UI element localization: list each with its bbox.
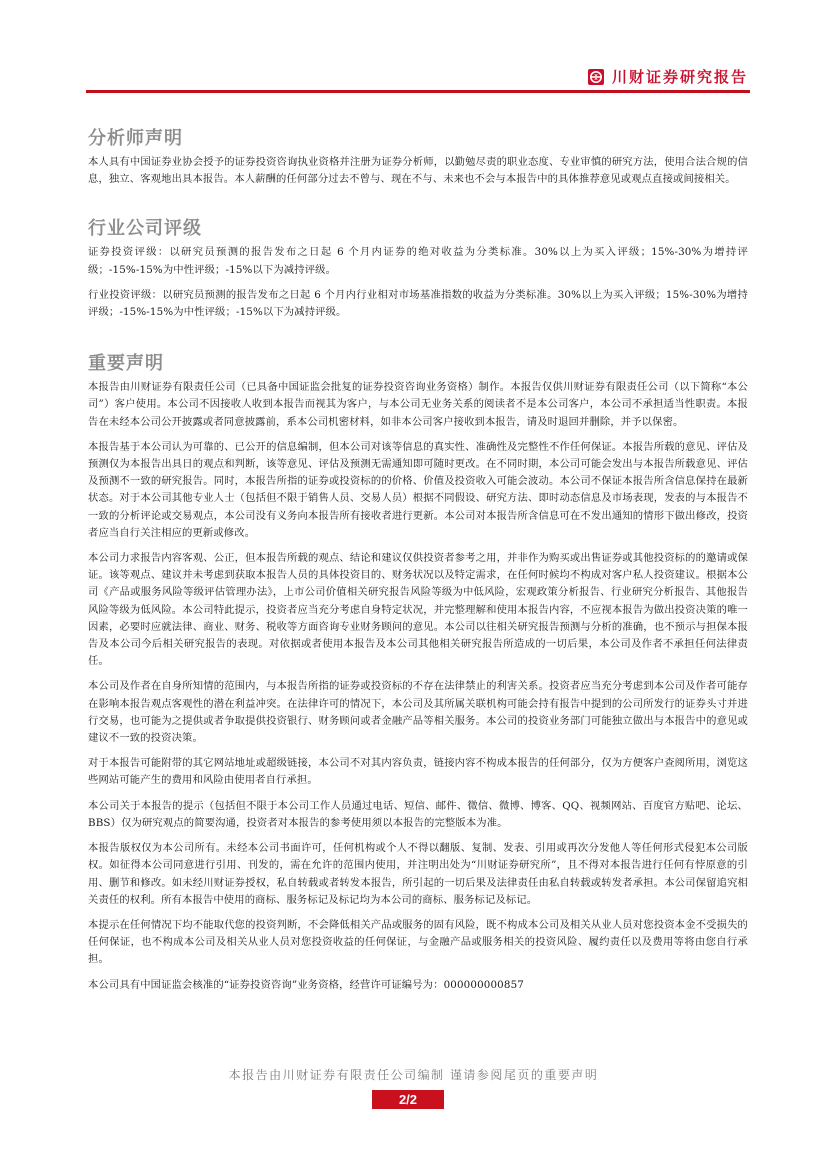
paragraph: 本公司及作者在自身所知情的范围内，与本报告所指的证券或投资标的不存在法律禁止的利… [88,678,748,747]
paragraph: 本公司关于本报告的提示（包括但不限于本公司工作人员通过电话、短信、邮件、微信、微… [88,798,748,832]
page-number: 2/2 [372,1090,444,1109]
section-rating-definitions: 行业公司评级 证券投资评级：以研究员预测的报告发布之日起 6 个月内证券的绝对收… [88,218,748,321]
chuancai-logo-icon [588,69,604,85]
header-brand: 川财证券研究报告 [588,66,748,87]
paragraph: 本报告版权仅为本公司所有。未经本公司书面许可，任何机构或个人不得以翻版、复制、发… [88,840,748,909]
paragraph: 本报告由川财证券有限责任公司（已具备中国证监会批复的证券投资咨询业务资格）制作。… [88,379,748,431]
document-body: 分析师声明 本人具有中国证券业协会授予的证券投资咨询执业资格并注册为证券分析师，… [88,128,748,1024]
paragraph: 本报告基于本公司认为可靠的、已公开的信息编制，但本公司对该等信息的真实性、准确性… [88,439,748,542]
paragraph: 本提示在任何情况下均不能取代您的投资判断，不会降低相关产品或服务的固有风险，既不… [88,917,748,969]
section-important-disclaimer: 重要声明 本报告由川财证券有限责任公司（已具备中国证监会批复的证券投资咨询业务资… [88,353,748,994]
paragraph-industry-rating: 行业投资评级：以研究员预测的报告发布之日起 6 个月内行业相对市场基准指数的收益… [88,287,748,321]
brand-title: 川财证券研究报告 [612,66,748,87]
footer-note: 本报告由川财证券有限责任公司编制 谨请参阅尾页的重要声明 [0,1066,827,1083]
section-analyst-statement: 分析师声明 本人具有中国证券业协会授予的证券投资咨询执业资格并注册为证券分析师，… [88,128,748,188]
section-title: 分析师声明 [88,128,748,150]
paragraph: 本公司力求报告内容客观、公正，但本报告所载的观点、结论和建议仅供投资者参考之用，… [88,550,748,670]
page-header: 川财证券研究报告 [86,62,750,94]
header-divider [86,90,750,93]
paragraph-stock-rating: 证券投资评级：以研究员预测的报告发布之日起 6 个月内证券的绝对收益为分类标准。… [88,244,748,278]
license-number: 本公司具有中国证监会核准的“证券投资咨询”业务资格，经营许可证编号为：00000… [88,977,748,994]
paragraph: 本人具有中国证券业协会授予的证券投资咨询执业资格并注册为证券分析师，以勤勉尽责的… [88,154,748,188]
section-title: 重要声明 [88,353,748,375]
section-title: 行业公司评级 [88,218,748,240]
paragraph: 对于本报告可能附带的其它网站地址或超级链接，本公司不对其内容负责，链接内容不构成… [88,755,748,789]
